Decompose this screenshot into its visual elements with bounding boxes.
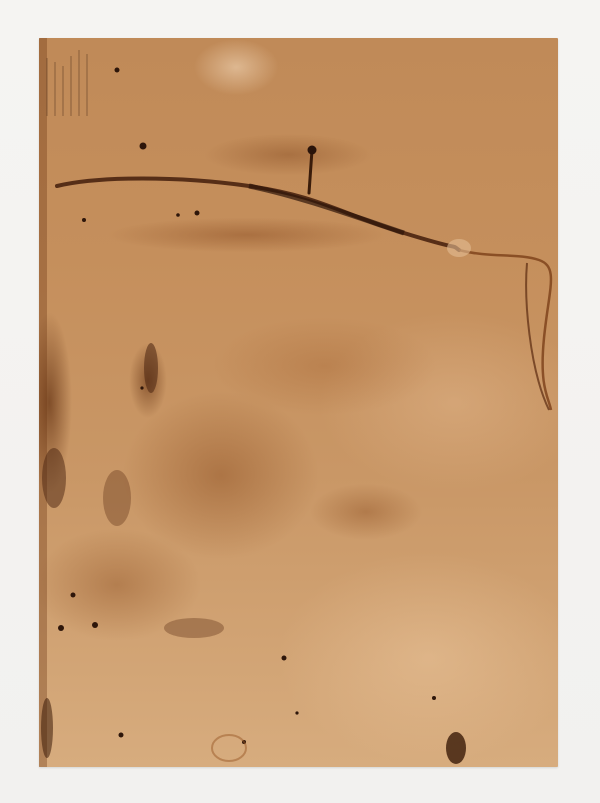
stain-marks: [39, 38, 558, 767]
stained-paper-artwork: [39, 38, 558, 767]
handwritten-inscription: [39, 38, 99, 118]
